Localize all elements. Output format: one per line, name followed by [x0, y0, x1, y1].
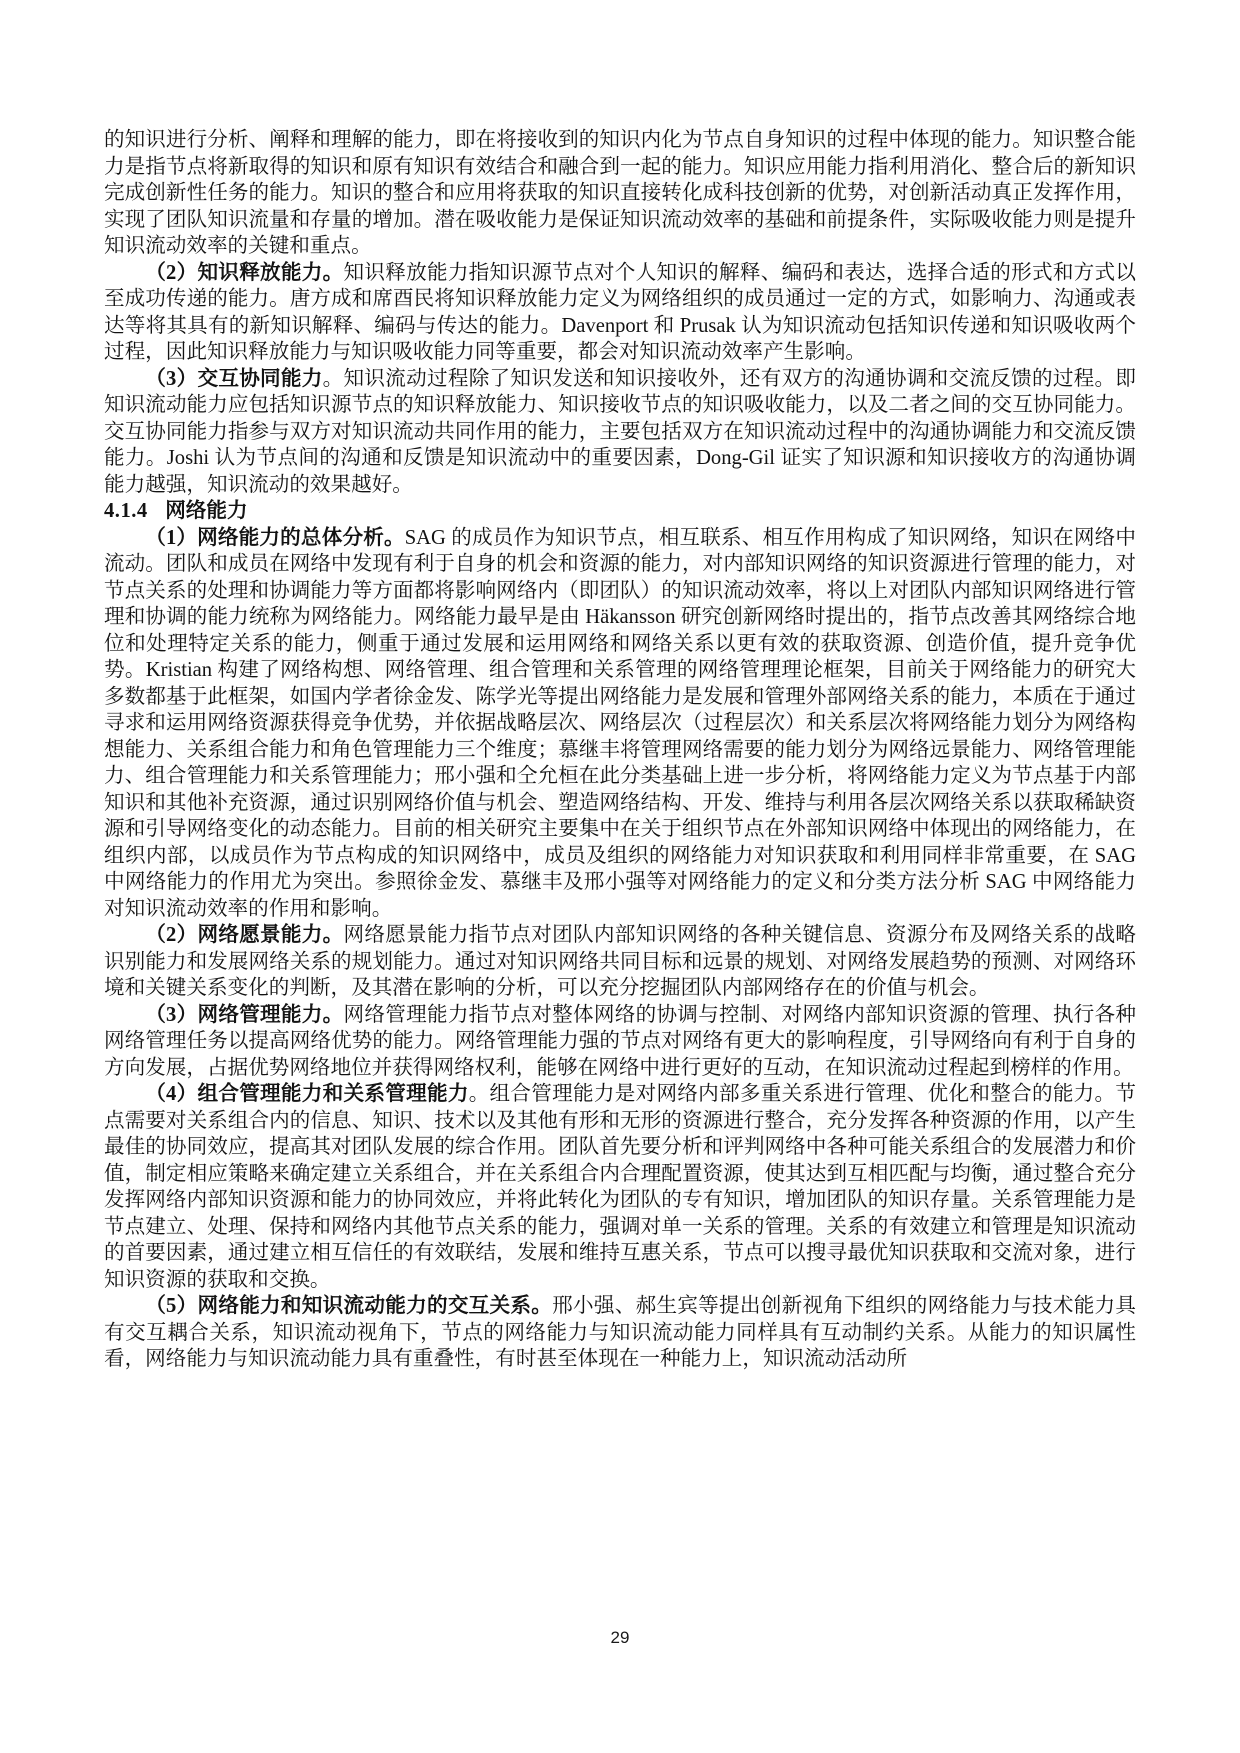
- para-network-knowledge-flow-interaction: （5）网络能力和知识流动能力的交互关系。邢小强、郝生宾等提出创新视角下组织的网络…: [104, 1293, 1136, 1373]
- document-page: 的知识进行分析、阐释和理解的能力，即在将接收到的知识内化为节点自身知识的过程中体…: [0, 0, 1240, 1753]
- para-knowledge-absorption-continuation: 的知识进行分析、阐释和理解的能力，即在将接收到的知识内化为节点自身知识的过程中体…: [104, 127, 1136, 260]
- para-text: SAG 的成员作为知识节点，相互联系、相互作用构成了知识网络，知识在网络中流动。…: [104, 527, 1136, 920]
- para-interactive-coordination-capability: （3）交互协同能力。知识流动过程除了知识发送和知识接收外，还有双方的沟通协调和交…: [104, 366, 1136, 499]
- heading-title: 网络能力: [165, 500, 247, 522]
- para-network-capability-overview: （1）网络能力的总体分析。SAG 的成员作为知识节点，相互联系、相互作用构成了知…: [104, 525, 1136, 923]
- text-block: 的知识进行分析、阐释和理解的能力，即在将接收到的知识内化为节点自身知识的过程中体…: [104, 127, 1136, 1373]
- para-lead: （3）网络管理能力。: [145, 1004, 343, 1026]
- para-text: 。组合管理能力是对网络内部多重关系进行管理、优化和整合的能力。节点需要对关系组合…: [104, 1083, 1136, 1291]
- para-lead: （2）知识释放能力。: [145, 262, 343, 284]
- para-portfolio-and-relationship-management: （4）组合管理能力和关系管理能力。组合管理能力是对网络内部多重关系进行管理、优化…: [104, 1081, 1136, 1293]
- section-heading-4-1-4: 4.1.4网络能力: [104, 498, 1136, 525]
- para-text: 的知识进行分析、阐释和理解的能力，即在将接收到的知识内化为节点自身知识的过程中体…: [104, 129, 1136, 257]
- heading-number: 4.1.4: [104, 498, 148, 525]
- para-lead: （2）网络愿景能力。: [145, 924, 343, 946]
- para-lead: （3）交互协同能力: [145, 368, 322, 390]
- para-network-vision-capability: （2）网络愿景能力。网络愿景能力指节点对团队内部知识网络的各种关键信息、资源分布…: [104, 922, 1136, 1002]
- page-number: 29: [0, 1628, 1240, 1648]
- para-knowledge-release-capability: （2）知识释放能力。知识释放能力指知识源节点对个人知识的解释、编码和表达，选择合…: [104, 260, 1136, 366]
- para-lead: （5）网络能力和知识流动能力的交互关系。: [145, 1295, 552, 1317]
- para-lead: （4）组合管理能力和关系管理能力: [145, 1083, 469, 1105]
- para-lead: （1）网络能力的总体分析。: [145, 527, 405, 549]
- para-network-management-capability: （3）网络管理能力。网络管理能力指节点对整体网络的协调与控制、对网络内部知识资源…: [104, 1002, 1136, 1082]
